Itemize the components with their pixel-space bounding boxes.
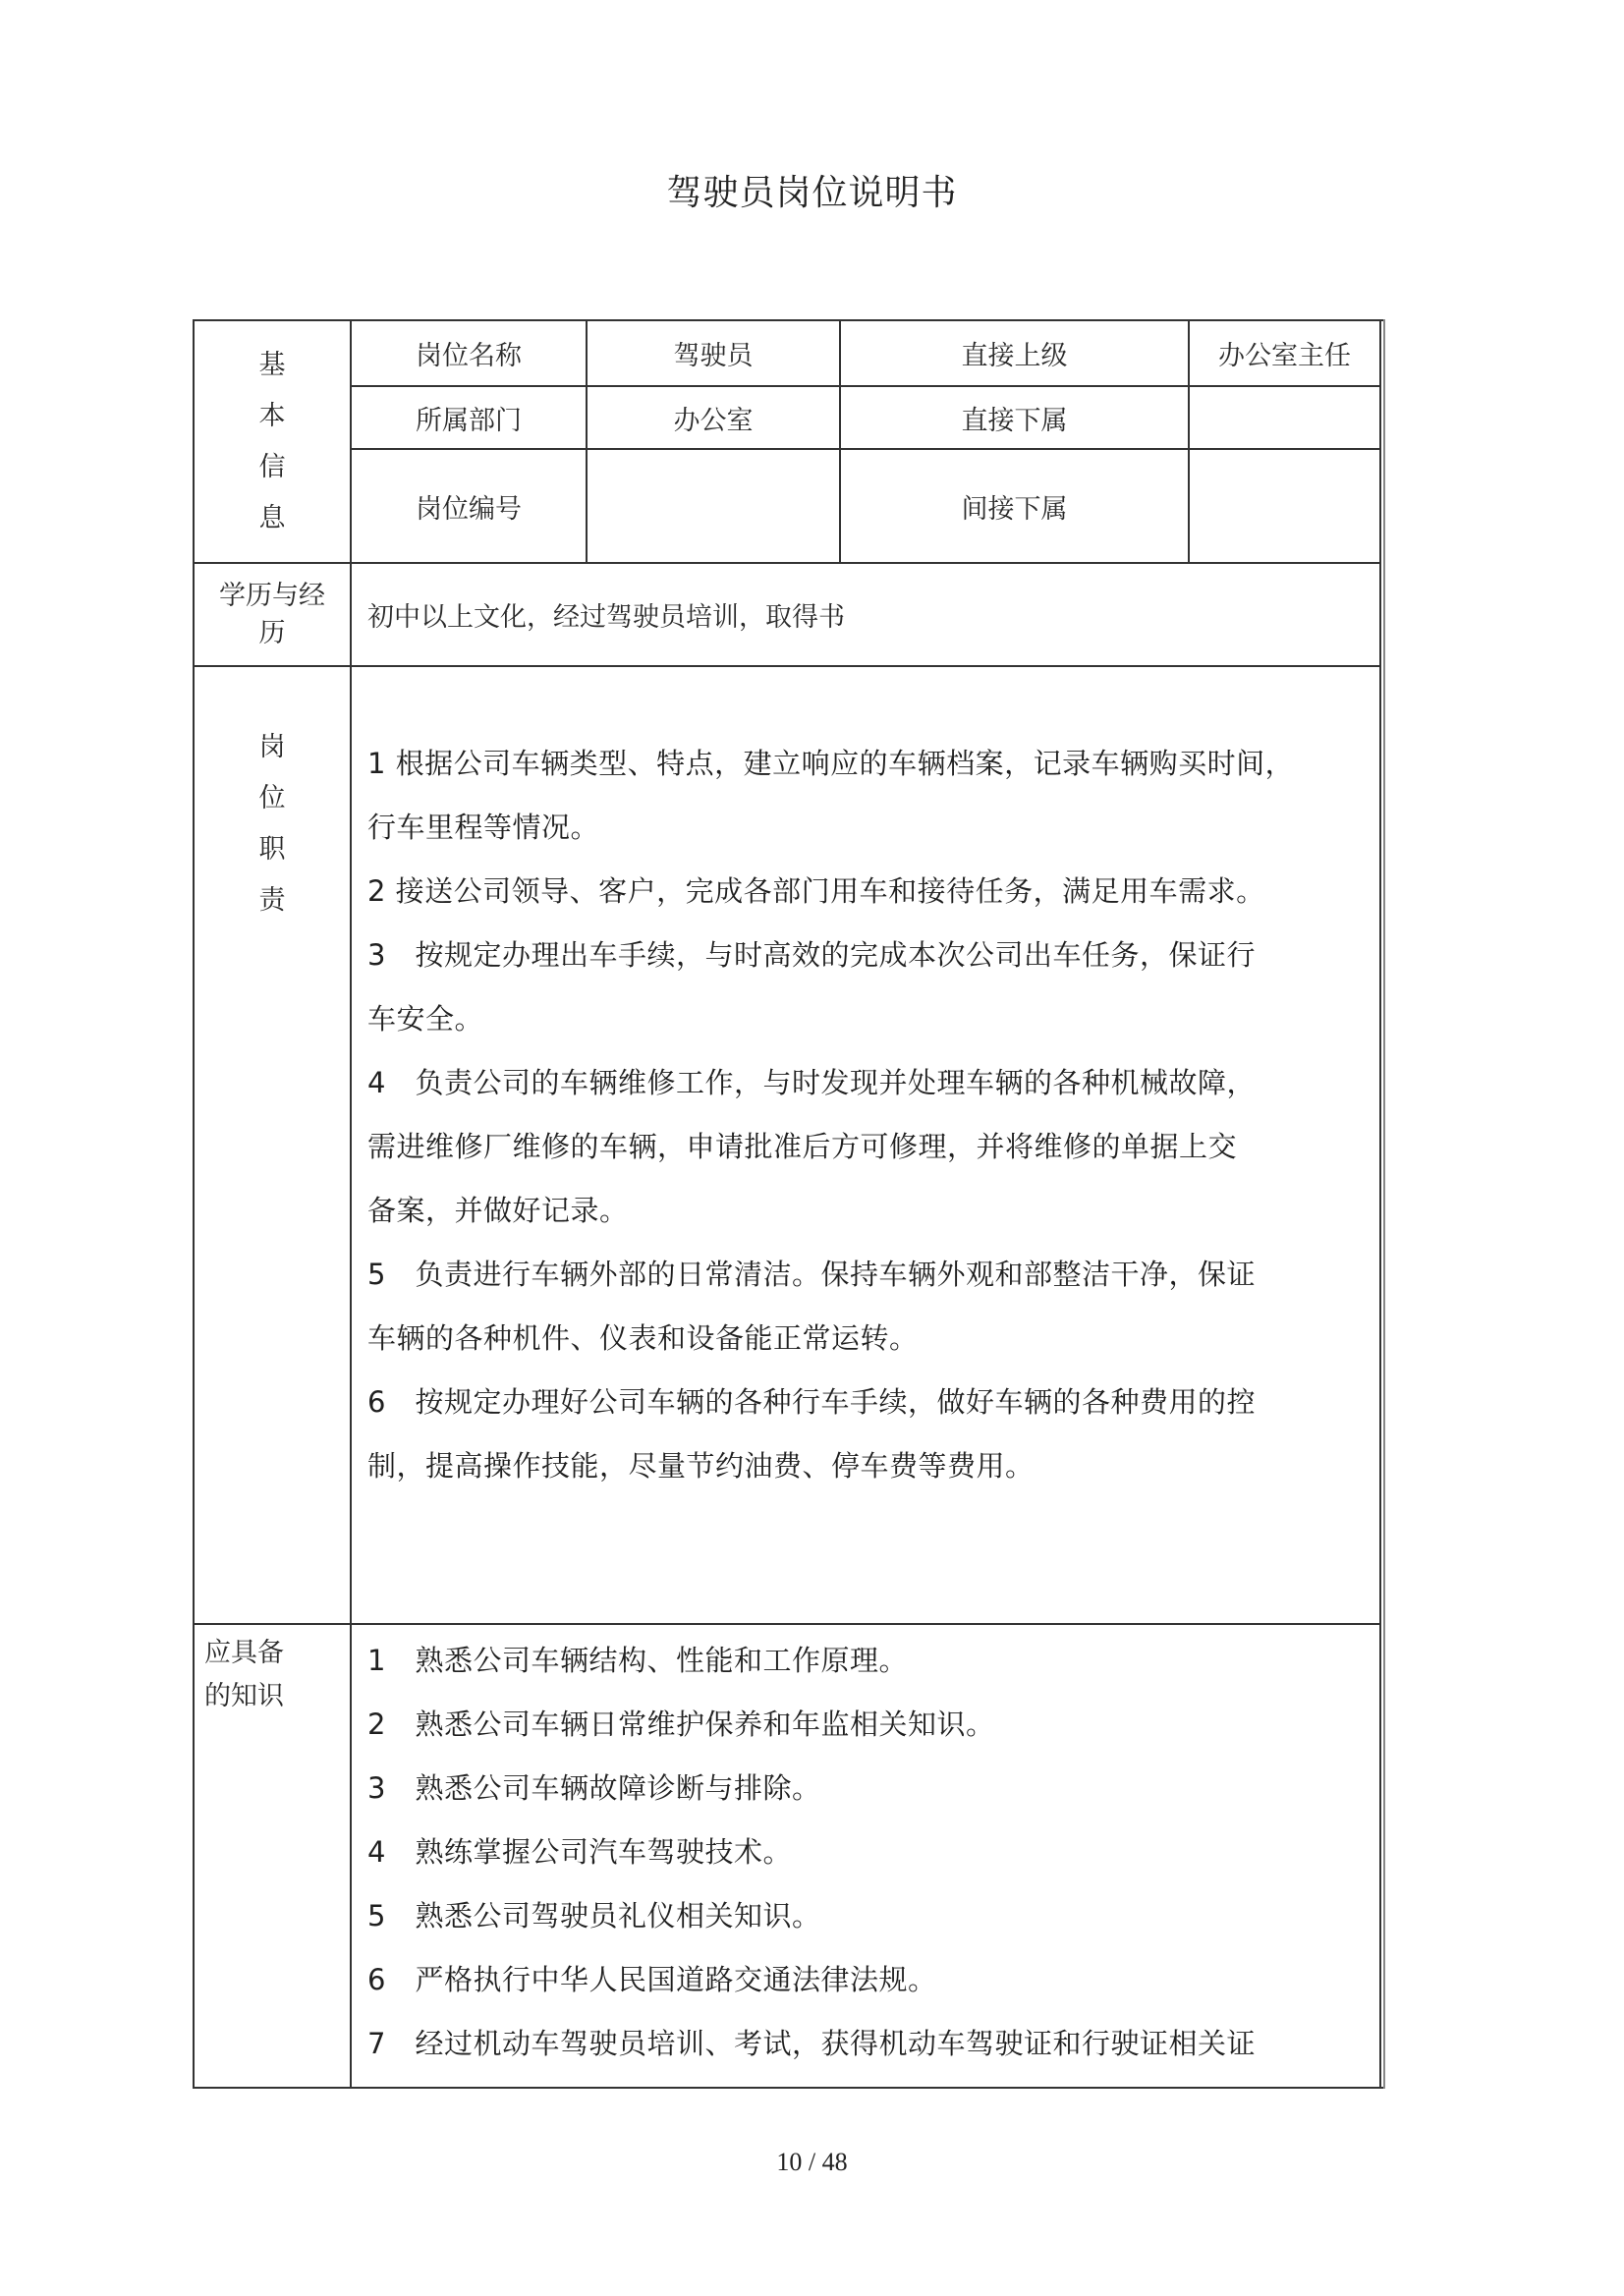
department-label: 所属部门: [352, 387, 586, 448]
label-char: 位: [259, 773, 286, 824]
table-border-bottom: [193, 2087, 1385, 2089]
page-indicator: 10 / 48: [0, 2148, 1624, 2177]
duty-line: 3 按规定办理出车手续，与时高效的完成本次公司出车任务，保证行: [367, 924, 1256, 987]
label-char: 信: [259, 442, 286, 493]
indirect-subordinate-value: [1190, 450, 1379, 562]
duty-line: 车安全。: [367, 987, 483, 1051]
duty-line: 1 根据公司车辆类型、特点，建立响应的车辆档案，记录车辆购买时间，: [367, 732, 1294, 796]
section-divider: [193, 1623, 1381, 1625]
duty-line: 车辆的各种机件、仪表和设备能正常运转。: [367, 1307, 919, 1371]
duty-line: 备案，并做好记录。: [367, 1179, 629, 1243]
knowledge-label-line2: 的知识: [204, 1675, 284, 1718]
position-name-label: 岗位名称: [352, 321, 586, 385]
knowledge-line: 4 熟练掌握公司汽车驾驶技术。: [367, 1820, 792, 1884]
duty-line: 5 负责进行车辆外部的日常清洁。保持车辆外观和部整洁干净，保证: [367, 1243, 1256, 1307]
duties-label: 岗 位 职 责: [195, 722, 350, 928]
duty-line: 制，提高操作技能，尽量节约油费、停车费等费用。: [367, 1434, 1035, 1498]
label-char: 本: [259, 391, 286, 442]
label-char: 岗: [259, 722, 286, 773]
knowledge-line: 3 熟悉公司车辆故障诊断与排除。: [367, 1757, 820, 1820]
knowledge-line: 6 严格执行中华人民国道路交通法律法规。: [367, 1948, 936, 2012]
education-label: 学历与经 历: [195, 564, 350, 665]
knowledge-line: 7 经过机动车驾驶员培训、考试，获得机动车驾驶证和行驶证相关证: [367, 2012, 1256, 2076]
duty-line: 需进维修厂维修的车辆，申请批准后方可修理，并将维修的单据上交: [367, 1115, 1237, 1179]
label-char: 职: [259, 824, 286, 875]
direct-subordinate-label: 直接下属: [841, 387, 1188, 448]
position-name-value: 驾驶员: [588, 321, 839, 385]
job-description-table: 基 本 信 息 岗位名称 驾驶员 直接上级 办公室主任 所属部门 办公室 直接下…: [193, 319, 1385, 2089]
education-label-line1: 学历与经: [219, 578, 325, 615]
direct-superior-value: 办公室主任: [1190, 321, 1379, 385]
knowledge-line: 5 熟悉公司驾驶员礼仪相关知识。: [367, 1884, 820, 1948]
label-char: 息: [259, 493, 286, 544]
position-number-label: 岗位编号: [352, 450, 586, 562]
duty-line: 6 按规定办理好公司车辆的各种行车手续，做好车辆的各种费用的控: [367, 1371, 1256, 1434]
position-number-value: [588, 450, 839, 562]
label-char: 责: [259, 875, 286, 926]
basic-info-label: 基 本 信 息: [195, 321, 350, 562]
label-column-divider: [350, 319, 352, 2089]
duty-line: 2 接送公司领导、客户，完成各部门用车和接待任务，满足用车需求。: [367, 860, 1265, 924]
education-label-line2: 历: [259, 615, 286, 652]
label-char: 基: [259, 340, 286, 391]
table-border-right-outer: [1383, 319, 1385, 2089]
duty-line: 行车里程等情况。: [367, 796, 599, 860]
knowledge-line: 1 熟悉公司车辆结构、性能和工作原理。: [367, 1629, 908, 1693]
duty-line: 4 负责公司的车辆维修工作，与时发现并处理车辆的各种机械故障，: [367, 1051, 1256, 1115]
knowledge-line: 2 熟悉公司车辆日常维护保养和年监相关知识。: [367, 1693, 994, 1757]
knowledge-label: 应具备 的知识: [204, 1632, 342, 1720]
education-value: 初中以上文化，经过驾驶员培训，取得书: [367, 564, 1370, 665]
direct-subordinate-value: [1190, 387, 1379, 448]
knowledge-label-line1: 应具备: [204, 1632, 284, 1675]
document-title: 驾驶员岗位说明书: [0, 165, 1624, 215]
table-border-right: [1379, 319, 1381, 2089]
department-value: 办公室: [588, 387, 839, 448]
direct-superior-label: 直接上级: [841, 321, 1188, 385]
indirect-subordinate-label: 间接下属: [841, 450, 1188, 562]
section-divider: [193, 665, 1381, 667]
